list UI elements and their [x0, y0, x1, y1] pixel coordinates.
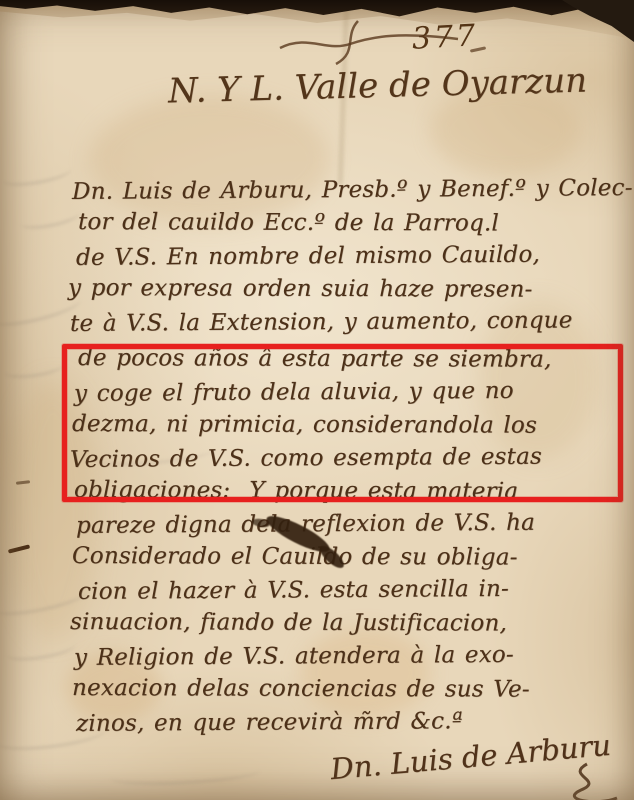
- bleedthrough-ghost-text: [5, 635, 77, 665]
- bleedthrough-ghost-text: [110, 761, 261, 788]
- bleedthrough-ghost-text: [3, 356, 65, 381]
- manuscript-line: de V.S. En nombre del mismo Cauildo,: [76, 238, 628, 275]
- manuscript-line: te à V.S. la Extension, y aumento, conqu…: [70, 304, 628, 341]
- manuscript-line-highlighted: de pocos años â esta parte se siembra,: [78, 342, 628, 377]
- manuscript-page: 377 N. Y L. Valle de Oyarzun Dn. Luis de…: [0, 0, 634, 800]
- manuscript-line-highlighted: y coge el fruto dela aluvia, y que no: [74, 374, 628, 411]
- manuscript-line: Dn. Luis de Arburu, Presb.º y Benef.º y …: [72, 172, 628, 209]
- manuscript-line: y Religion de V.S. atendera à la exo-: [74, 638, 628, 675]
- margin-pen-mark: [16, 480, 30, 484]
- manuscript-line: y por expresa orden suia haze presen-: [68, 272, 628, 307]
- manuscript-body: Dn. Luis de Arburu, Presb.º y Benef.º y …: [68, 174, 628, 739]
- bleedthrough-ghost-text: [1, 159, 73, 190]
- manuscript-line-highlighted: Vecinos de V.S. como esempta de estas: [70, 440, 628, 477]
- manuscript-line: Considerado el Cauildo de su obliga-: [72, 540, 628, 575]
- signature-flourish: [553, 762, 623, 800]
- manuscript-line-highlighted: dezma, ni primicia, considerandola los: [72, 408, 628, 443]
- manuscript-line-highlighted: obligaciones: Y porque esta materia: [74, 474, 628, 509]
- manuscript-line: pareze digna dela reflexion de V.S. ha: [76, 506, 628, 543]
- manuscript-line: nexacion delas conciencias de sus Ve-: [72, 672, 628, 707]
- document-heading: N. Y L. Valle de Oyarzun: [168, 61, 588, 112]
- manuscript-line: tor del cauildo Ecc.º de la Parroq.l: [78, 206, 628, 241]
- manuscript-line: cion el hazer à V.S. esta sencilla in-: [78, 572, 628, 609]
- manuscript-line: sinuacion, fiando de la Justificacion,: [70, 606, 628, 641]
- margin-pen-mark: [8, 544, 30, 553]
